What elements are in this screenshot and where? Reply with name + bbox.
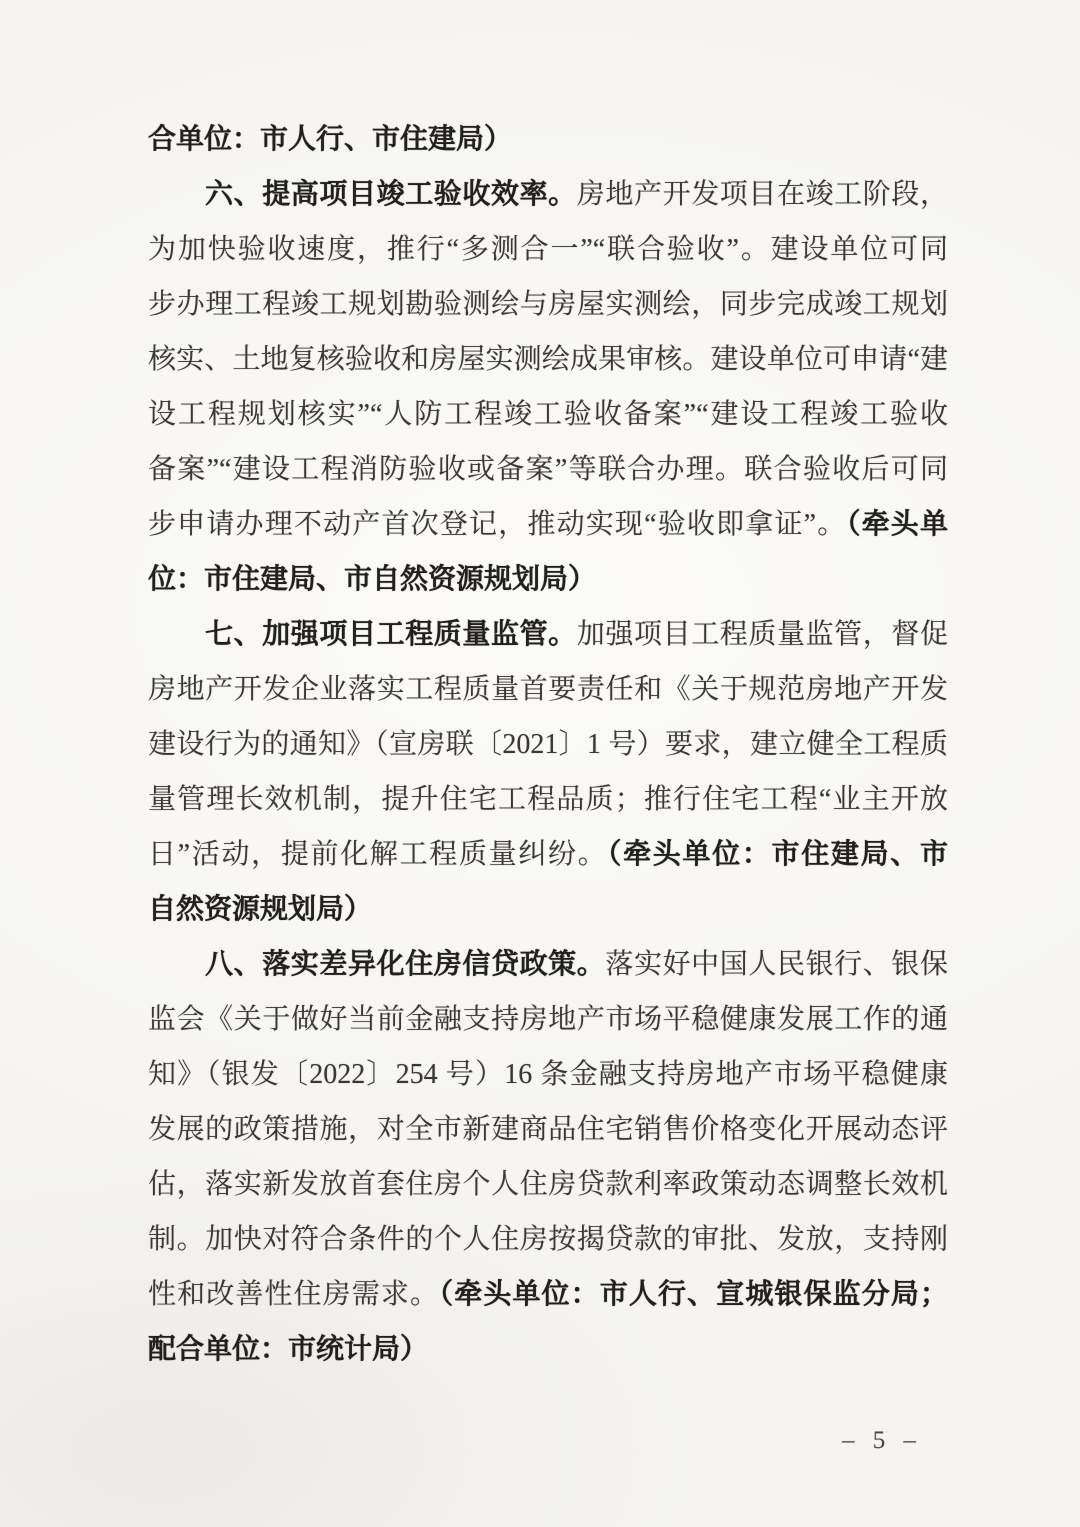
bold-text-run: 位：市住建局、市自然资源规划局） bbox=[148, 564, 596, 595]
text-line: 步办理工程竣工规划勘验测绘与房屋实测绘，同步完成竣工规划 bbox=[148, 277, 948, 332]
text-run: 性和改善性住房需求。 bbox=[148, 1279, 439, 1310]
text-line: 发展的政策措施，对全市新建商品住宅销售价格变化开展动态评 bbox=[148, 1102, 948, 1157]
text-line: 八、落实差异化住房信贷政策。落实好中国人民银行、银保 bbox=[148, 937, 948, 992]
text-line: 监会《关于做好当前金融支持房地产市场平稳健康发展工作的通 bbox=[148, 992, 948, 1047]
text-line: 建设行为的通知》（宣房联〔2021〕1 号）要求，建立健全工程质 bbox=[148, 717, 948, 772]
bold-text-run: （牵头单 bbox=[846, 509, 948, 540]
text-run: 知》（银发〔2022〕254 号）16 条金融支持房地产市场平稳健康 bbox=[148, 1059, 948, 1090]
text-run: 为加快验收速度，推行“多测合一”“联合验收”。建设单位可同 bbox=[148, 234, 948, 265]
text-line: 设工程规划核实”“人防工程竣工验收备案”“建设工程竣工验收 bbox=[148, 387, 948, 442]
text-line: 合单位：市人行、市住建局） bbox=[148, 112, 948, 167]
text-run: 设工程规划核实”“人防工程竣工验收备案”“建设工程竣工验收 bbox=[148, 399, 948, 430]
text-line: 知》（银发〔2022〕254 号）16 条金融支持房地产市场平稳健康 bbox=[148, 1047, 948, 1102]
text-line: 为加快验收速度，推行“多测合一”“联合验收”。建设单位可同 bbox=[148, 222, 948, 277]
document-body: 合单位：市人行、市住建局）六、提高项目竣工验收效率。房地产开发项目在竣工阶段，为… bbox=[148, 112, 948, 1377]
text-run: 发展的政策措施，对全市新建商品住宅销售价格变化开展动态评 bbox=[148, 1114, 948, 1145]
text-line: 六、提高项目竣工验收效率。房地产开发项目在竣工阶段， bbox=[148, 167, 948, 222]
text-line: 房地产开发企业落实工程质量首要责任和《关于规范房地产开发 bbox=[148, 662, 948, 717]
text-run: 日”活动，提前化解工程质量纠纷。 bbox=[148, 839, 607, 870]
text-run: 备案”“建设工程消防验收或备案”等联合办理。联合验收后可同 bbox=[148, 454, 948, 485]
text-run: 核实、土地复核验收和房屋实测绘成果审核。建设单位可申请“建 bbox=[148, 344, 948, 375]
text-line: 位：市住建局、市自然资源规划局） bbox=[148, 552, 948, 607]
page-number: – 5 – bbox=[840, 1424, 920, 1458]
text-run: 监会《关于做好当前金融支持房地产市场平稳健康发展工作的通 bbox=[148, 1004, 948, 1035]
text-line: 制。加快对符合条件的个人住房按揭贷款的审批、发放，支持刚 bbox=[148, 1212, 948, 1267]
bold-text-run: 七、加强项目工程质量监管。 bbox=[205, 619, 577, 650]
text-run: 加强项目工程质量监管，督促 bbox=[577, 619, 948, 650]
text-line: 量管理长效机制，提升住宅工程品质；推行住宅工程“业主开放 bbox=[148, 772, 948, 827]
bold-text-run: 配合单位：市统计局） bbox=[148, 1334, 428, 1365]
bold-text-run: 自然资源规划局） bbox=[148, 894, 372, 925]
text-run: 估，落实新发放首套住房个人住房贷款利率政策动态调整长效机 bbox=[148, 1169, 948, 1200]
text-line: 配合单位：市统计局） bbox=[148, 1322, 948, 1377]
text-line: 核实、土地复核验收和房屋实测绘成果审核。建设单位可申请“建 bbox=[148, 332, 948, 387]
text-run: 房地产开发企业落实工程质量首要责任和《关于规范房地产开发 bbox=[148, 674, 948, 705]
bold-text-run: 六、提高项目竣工验收效率。 bbox=[205, 179, 577, 210]
text-line: 备案”“建设工程消防验收或备案”等联合办理。联合验收后可同 bbox=[148, 442, 948, 497]
text-run: 步办理工程竣工规划勘验测绘与房屋实测绘，同步完成竣工规划 bbox=[148, 289, 948, 320]
scanned-document-page: 合单位：市人行、市住建局）六、提高项目竣工验收效率。房地产开发项目在竣工阶段，为… bbox=[0, 0, 1080, 1527]
text-run: 建设行为的通知》（宣房联〔2021〕1 号）要求，建立健全工程质 bbox=[148, 729, 948, 760]
text-line: 估，落实新发放首套住房个人住房贷款利率政策动态调整长效机 bbox=[148, 1157, 948, 1212]
text-line: 七、加强项目工程质量监管。加强项目工程质量监管，督促 bbox=[148, 607, 948, 662]
text-line: 步申请办理不动产首次登记，推动实现“验收即拿证”。（牵头单 bbox=[148, 497, 948, 552]
text-run: 步申请办理不动产首次登记，推动实现“验收即拿证”。 bbox=[148, 509, 846, 540]
text-line: 性和改善性住房需求。（牵头单位：市人行、宣城银保监分局； bbox=[148, 1267, 948, 1322]
text-run: 落实好中国人民银行、银保 bbox=[605, 949, 948, 980]
text-line: 日”活动，提前化解工程质量纠纷。（牵头单位：市住建局、市 bbox=[148, 827, 948, 882]
text-run: 制。加快对符合条件的个人住房按揭贷款的审批、发放，支持刚 bbox=[148, 1224, 948, 1255]
bold-text-run: （牵头单位：市住建局、市 bbox=[607, 839, 948, 870]
bold-text-run: （牵头单位：市人行、宣城银保监分局； bbox=[439, 1279, 948, 1310]
text-line: 自然资源规划局） bbox=[148, 882, 948, 937]
text-run: 量管理长效机制，提升住宅工程品质；推行住宅工程“业主开放 bbox=[148, 784, 948, 815]
bold-text-run: 合单位：市人行、市住建局） bbox=[148, 124, 512, 155]
bold-text-run: 八、落实差异化住房信贷政策。 bbox=[205, 949, 605, 980]
text-run: 房地产开发项目在竣工阶段， bbox=[577, 179, 948, 210]
